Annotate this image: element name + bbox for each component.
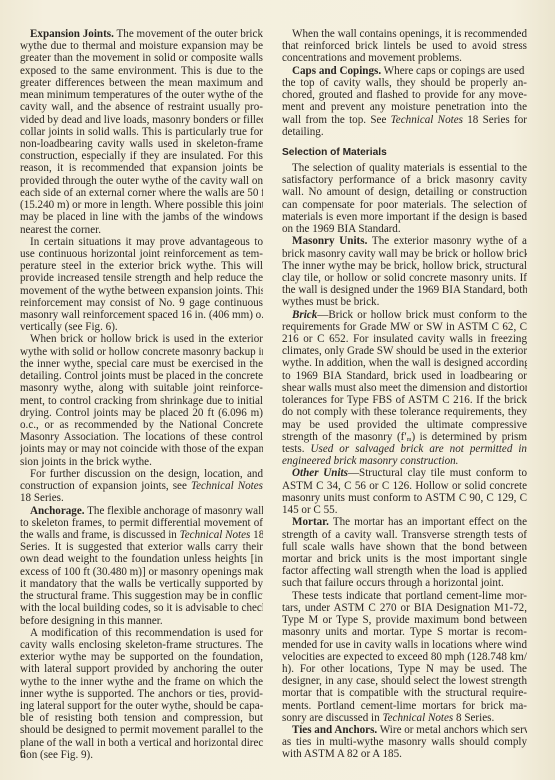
text-line: construction of expansion joints, see Te…	[20, 480, 263, 492]
paragraph-start-line: Mortar. The mortar has an important effe…	[282, 516, 527, 528]
text-line: wythe. In addition, when the wall is des…	[282, 357, 527, 369]
text-line: shear walls must also meet the dimension…	[282, 382, 527, 394]
text-line: The inner wythe may be brick, hollow bri…	[282, 260, 527, 272]
text-line: satisfactory performance of a brick maso…	[282, 174, 527, 186]
text-line: tion (see Fig. 9).	[20, 749, 263, 761]
text-line: strength of the masonry (f′m) is determi…	[282, 431, 527, 443]
text-line: clay tile, or hollow or solid concrete m…	[282, 272, 527, 284]
text-line: with ASTM A 82 or A 185.	[282, 748, 527, 760]
text-line: When the wall contains openings, it is r…	[282, 28, 527, 40]
publication-title: Technical Notes	[382, 712, 453, 724]
text-line: detailing. Control joints must be placed…	[20, 370, 263, 382]
text-line: may be used provided the ultimate compre…	[282, 419, 527, 431]
text-line: ments. Portland cement-lime mortars for …	[282, 700, 527, 712]
text-line: tests. Used or salvaged brick are not pe…	[282, 443, 527, 455]
text-line: Masonry Association. The locations of th…	[20, 431, 263, 443]
run-in-subheading: Brick	[292, 309, 317, 321]
text-line: sion joints in the brick wythe.	[20, 456, 263, 468]
text-line: factor affecting wall strength when the …	[282, 565, 527, 577]
text-line: o.c., or as recommended by the National …	[20, 419, 263, 431]
text-line: masonry wythe, along with suitable joint…	[20, 382, 263, 394]
text-line: concentrations and movement problems.	[282, 52, 527, 64]
text-line: own dead weight to the foundation unless…	[20, 553, 263, 565]
text-line: ing lateral support for the outer wythe,…	[20, 700, 263, 712]
text-line: designer, in any case, should select the…	[282, 675, 527, 687]
left-column: Expansion Joints. The movement of the ou…	[20, 28, 263, 761]
text-line: 18 Series.	[20, 492, 263, 504]
text-line: sonry are discussed in Technical Notes 8…	[282, 712, 527, 724]
text-line: climates, only Grade SW should be used i…	[282, 345, 527, 357]
text-line: joints may or may not coincide with thos…	[20, 443, 263, 455]
right-column-bottom: The selection of quality materials is es…	[282, 162, 527, 761]
text-line: vided by dead and live loads, masonry bo…	[20, 114, 263, 126]
text-line: wythe due to thermal and moisture expans…	[20, 40, 263, 52]
text-line: it mandatory that the walls be verticall…	[20, 578, 263, 590]
text-line: masonry units must conform to ASTM C 90,…	[282, 492, 527, 504]
text-line: ment and prevent any moisture penetratio…	[282, 101, 527, 113]
paragraph-start-line: Anchorage. The flexible anchorage of mas…	[20, 505, 263, 517]
text-line: reinforcement may consist of No. 9 gage …	[20, 297, 263, 309]
text-line: A modification of this recommendation is…	[20, 627, 263, 639]
text-line: mean minimum temperatures of the outer w…	[20, 89, 263, 101]
text-line: full scale walls have shown that the bon…	[282, 541, 527, 553]
text-line: wall. No amount of design, detailing or …	[282, 186, 527, 198]
text-line: reason, it is recommended that expansion…	[20, 162, 263, 174]
text-line: movement of the wythe between expansion …	[20, 285, 263, 297]
text-line: 216 or C 652. For insulated cavity walls…	[282, 333, 527, 345]
text-line: construction, especially if they are ins…	[20, 150, 263, 162]
text-line: When brick or hollow brick is used in th…	[20, 333, 263, 345]
run-in-heading: Caps and Copings.	[292, 65, 381, 77]
text-line: do not comply with these tolerance requi…	[282, 406, 527, 418]
paragraph-start-line: Ties and Anchors. Wire or metal anchors …	[282, 724, 527, 736]
text-line: vertically (see Fig. 6).	[20, 321, 263, 333]
text-line: (15.240 m) or more in length. Where poss…	[20, 199, 263, 211]
text-line: mortar that is compatible with the struc…	[282, 687, 527, 699]
text-line: exposed to the same environment. This is…	[20, 65, 263, 77]
text-line: each side of an external corner where th…	[20, 187, 263, 199]
text-line: In certain situations it may prove advan…	[20, 236, 263, 248]
text-line: should be designed to permit movement pa…	[20, 724, 263, 736]
text-line: the walls and frame, is discussed in Tec…	[20, 529, 263, 541]
paragraph-start-line: Brick—Brick or hollow brick must conform…	[282, 309, 527, 321]
text-line: 145 or C 55.	[282, 504, 527, 516]
text-line: drying. Control joints may be placed 20 …	[20, 407, 263, 419]
text-line: cavity wall, and the absence of restrain…	[20, 101, 263, 113]
text-line: The selection of quality materials is es…	[282, 162, 527, 174]
text-line: brick masonry cavity wall may be brick o…	[282, 248, 527, 260]
text-line: ble of resisting both tension and compre…	[20, 712, 263, 724]
text-line: wythes must be brick.	[282, 296, 527, 308]
text-line: detailing.	[282, 126, 527, 138]
text-line: such that failure occurs through a horiz…	[282, 577, 527, 589]
run-in-heading: Anchorage.	[30, 505, 85, 517]
text-line: For further discussion on the design, lo…	[20, 468, 263, 480]
text-line: These tests indicate that portland cemen…	[282, 590, 527, 602]
text-line: exterior wythe may be supported on the f…	[20, 651, 263, 663]
page-number: 6	[20, 748, 26, 760]
text-line: engineered brick masonry construction.	[282, 455, 527, 467]
paragraph-start-line: Caps and Copings. Where caps or copings …	[282, 65, 527, 77]
right-column-top: When the wall contains openings, it is r…	[282, 28, 527, 138]
text-line: the structural frame. This suggestion ma…	[20, 590, 263, 602]
text-line: masonry wall reinforcement spaced 16 in.…	[20, 309, 263, 321]
text-line: the inner wythe, special care must be ex…	[20, 358, 263, 370]
run-in-heading: Mortar.	[292, 516, 329, 528]
text-line: to skeleton frames, to permit differenti…	[20, 517, 263, 529]
section-heading-selection-of-materials: Selection of Materials	[282, 146, 527, 160]
text-line: mortar and brick units is the most impor…	[282, 553, 527, 565]
paragraph-start-line: Expansion Joints. The movement of the ou…	[20, 28, 263, 40]
run-in-heading: Expansion Joints.	[30, 28, 114, 40]
text-line: provide increased tensile strength and h…	[20, 272, 263, 284]
publication-title: Used or salvaged brick are not permitted…	[310, 443, 527, 455]
publication-title: Technical Notes	[191, 480, 263, 492]
right-column: When the wall contains openings, it is r…	[282, 28, 527, 761]
paragraph-start-line: Masonry Units. The exterior masonry wyth…	[282, 235, 527, 247]
document-page: Expansion Joints. The movement of the ou…	[0, 0, 555, 780]
text-line: greater than the movement in solid or co…	[20, 52, 263, 64]
text-line: tolerances for Type FBS of ASTM C 216. I…	[282, 394, 527, 406]
text-line: plane of the wall in both a vertical and…	[20, 737, 263, 749]
text-line: collar joints in solid walls. This is pa…	[20, 126, 263, 138]
italic-text: engineered brick masonry construction.	[282, 455, 458, 467]
text-line: on the 1969 BIA Standard.	[282, 223, 527, 235]
text-line: excess of 100 ft (30.480 m)] or masonry …	[20, 566, 263, 578]
text-line: with lateral support provided by anchori…	[20, 663, 263, 675]
text-line: Series. It is suggested that exterior wa…	[20, 541, 263, 553]
text-line: can compensate for poor materials. The s…	[282, 199, 527, 211]
text-line: tars, under ASTM C 270 or BIA Designatio…	[282, 602, 527, 614]
text-line: h). For other locations, Type N may be u…	[282, 663, 527, 675]
text-line: cavity walls enclosing skeleton-frame st…	[20, 639, 263, 651]
text-line: requirements for Grade MW or SW in ASTM …	[282, 321, 527, 333]
run-in-heading: Masonry Units.	[292, 235, 367, 247]
text-line: materials is even more important if the …	[282, 211, 527, 223]
text-line: use continuous horizontal joint reinforc…	[20, 248, 263, 260]
paragraph-start-line: Other Units—Structural clay tile must co…	[282, 467, 527, 479]
text-line: masonry units and mortar. Type S mortar …	[282, 626, 527, 638]
text-line: ment, to control cracking from shrinkage…	[20, 395, 263, 407]
text-line: wythe with solid or hollow concrete maso…	[20, 346, 263, 358]
text-line: nearest the corner.	[20, 224, 263, 236]
text-line: the top of cavity walls, they should be …	[282, 77, 527, 89]
text-line: velocities are expected to exceed 80 mph…	[282, 651, 527, 663]
text-line: perature steel in the exterior brick wyt…	[20, 260, 263, 272]
text-line: with the local building codes, so it is …	[20, 602, 263, 614]
publication-title: Technical Notes	[180, 529, 251, 541]
text-line: non-loadbearing cavity walls used in ske…	[20, 138, 263, 150]
text-line: mended for use in cavity walls in locati…	[282, 639, 527, 651]
text-line: wall from the top. See Technical Notes 1…	[282, 114, 527, 126]
text-line: strength of a cavity wall. Transverse st…	[282, 529, 527, 541]
run-in-heading: Ties and Anchors.	[292, 724, 377, 736]
text-line: provided through the outer wythe of the …	[20, 175, 263, 187]
text-line: before designing in this manner.	[20, 615, 263, 627]
text-line: ASTM C 34, C 56 or C 126. Hollow or soli…	[282, 480, 527, 492]
text-line: that reinforced brick lintels be used to…	[282, 40, 527, 52]
text-line: greater differences between the mean max…	[20, 77, 263, 89]
run-in-subheading: Other Units	[292, 467, 348, 479]
text-line: inner wythe is supported. The anchors or…	[20, 688, 263, 700]
subscript: m	[407, 437, 412, 443]
text-line: as ties in multi-wythe masonry walls sho…	[282, 736, 527, 748]
text-line: chored, grouted and flashed to provide f…	[282, 89, 527, 101]
text-line: wythe to the inner wythe and the frame o…	[20, 676, 263, 688]
text-line: to 1969 BIA Standard, brick used in load…	[282, 370, 527, 382]
text-line: the wall is designed under the 1969 BIA …	[282, 284, 527, 296]
text-line: may be placed in line with the jambs of …	[20, 211, 263, 223]
publication-title: Technical Notes	[391, 114, 463, 126]
text-line: Type M or Type S, provide maximum bond b…	[282, 614, 527, 626]
